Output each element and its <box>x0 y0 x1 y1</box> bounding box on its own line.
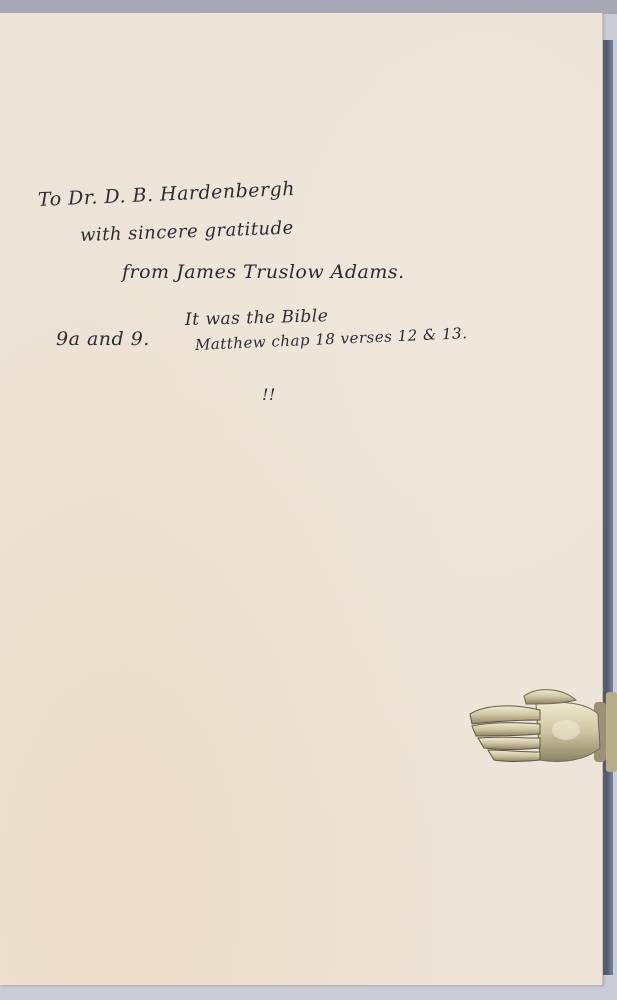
inscription-line-1: To Dr. D. B. Hardenbergh <box>38 178 296 211</box>
background-top <box>0 0 617 14</box>
inscription-line-4-left: 9a and 9. <box>56 328 150 350</box>
book-page: To Dr. D. B. Hardenbergh with sincere gr… <box>0 13 603 985</box>
inscription-exclamation: !! <box>262 385 276 404</box>
inscription-line-4-right: It was the Bible <box>185 306 329 330</box>
inscription-line-2: with sincere gratitude <box>80 218 294 246</box>
inscription-line-3: from James Truslow Adams. <box>122 261 405 283</box>
hand-clasp-icon <box>466 682 617 782</box>
